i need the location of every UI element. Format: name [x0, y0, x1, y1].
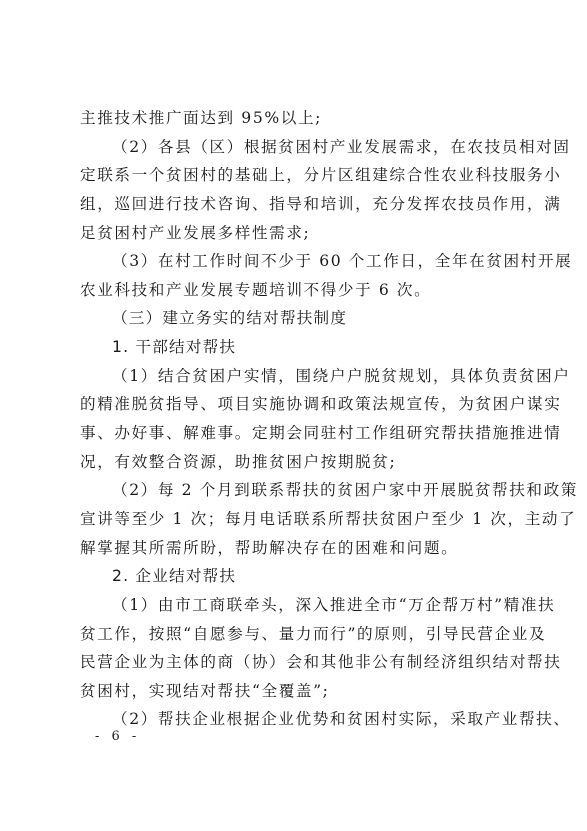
text-line: 农业科技和产业发展专题培训不得少于 6 次。: [80, 276, 508, 305]
text-line: 足贫困村产业发展多样性需求;: [80, 219, 508, 248]
text-line-item-county: （2）各县（区）根据贫困村产业发展需求，在农技员相对固: [80, 133, 508, 162]
text-line-item-enterprise-1: （1）由市工商联牵头，深入推进全市“万企帮万村”精准扶: [80, 591, 508, 620]
text-line: 事、办好事、解难事。定期会同驻村工作组研究帮扶措施推进情: [80, 419, 508, 448]
text-line-item-enterprise-2: （2）帮扶企业根据企业优势和贫困村实际，采取产业帮扶、: [80, 705, 508, 734]
text-line-item-cadre-1: （1）结合贫困户实情，围绕户户脱贫规划，具体负责贫困户: [80, 362, 508, 391]
text-line-item-cadre-2: （2）每 2 个月到联系帮扶的贫困户家中开展脱贫帮扶和政策: [80, 476, 508, 505]
text-line: 解掌握其所需所盼，帮助解决存在的困难和问题。: [80, 534, 508, 563]
text-line-item-village: （3）在村工作时间不少于 60 个工作日，全年在贫困村开展: [80, 247, 508, 276]
subsection-heading-enterprise: 2. 企业结对帮扶: [80, 562, 508, 591]
text-line: 组，巡回进行技术咨询、指导和培训，充分发挥农技员作用，满: [80, 190, 508, 219]
section-heading: （三）建立务实的结对帮扶制度: [80, 304, 508, 333]
text-line: 况，有效整合资源，助推贫困户按期脱贫;: [80, 448, 508, 477]
text-line: 贫困村，实现结对帮扶“全覆盖”;: [80, 677, 508, 706]
document-body: 主推技术推广面达到 95%以上; （2）各县（区）根据贫困村产业发展需求，在农技…: [80, 104, 508, 734]
text-line: 的精准脱贫指导、项目实施协调和政策法规宣传，为贫困户谋实: [80, 390, 508, 419]
text-line: 贫工作，按照“自愿参与、量力而行”的原则，引导民营企业及: [80, 620, 508, 649]
document-page: 主推技术推广面达到 95%以上; （2）各县（区）根据贫困村产业发展需求，在农技…: [0, 0, 587, 831]
text-line-continuation: 主推技术推广面达到 95%以上;: [80, 104, 508, 133]
page-number: - 6 -: [95, 729, 140, 745]
text-line: 民营企业为主体的商（协）会和其他非公有制经济组织结对帮扶: [80, 648, 508, 677]
text-line: 定联系一个贫困村的基础上，分片区组建综合性农业科技服务小: [80, 161, 508, 190]
subsection-heading-cadre: 1. 干部结对帮扶: [80, 333, 508, 362]
text-line: 宣讲等至少 1 次；每月电话联系所帮扶贫困户至少 1 次，主动了: [80, 505, 508, 534]
